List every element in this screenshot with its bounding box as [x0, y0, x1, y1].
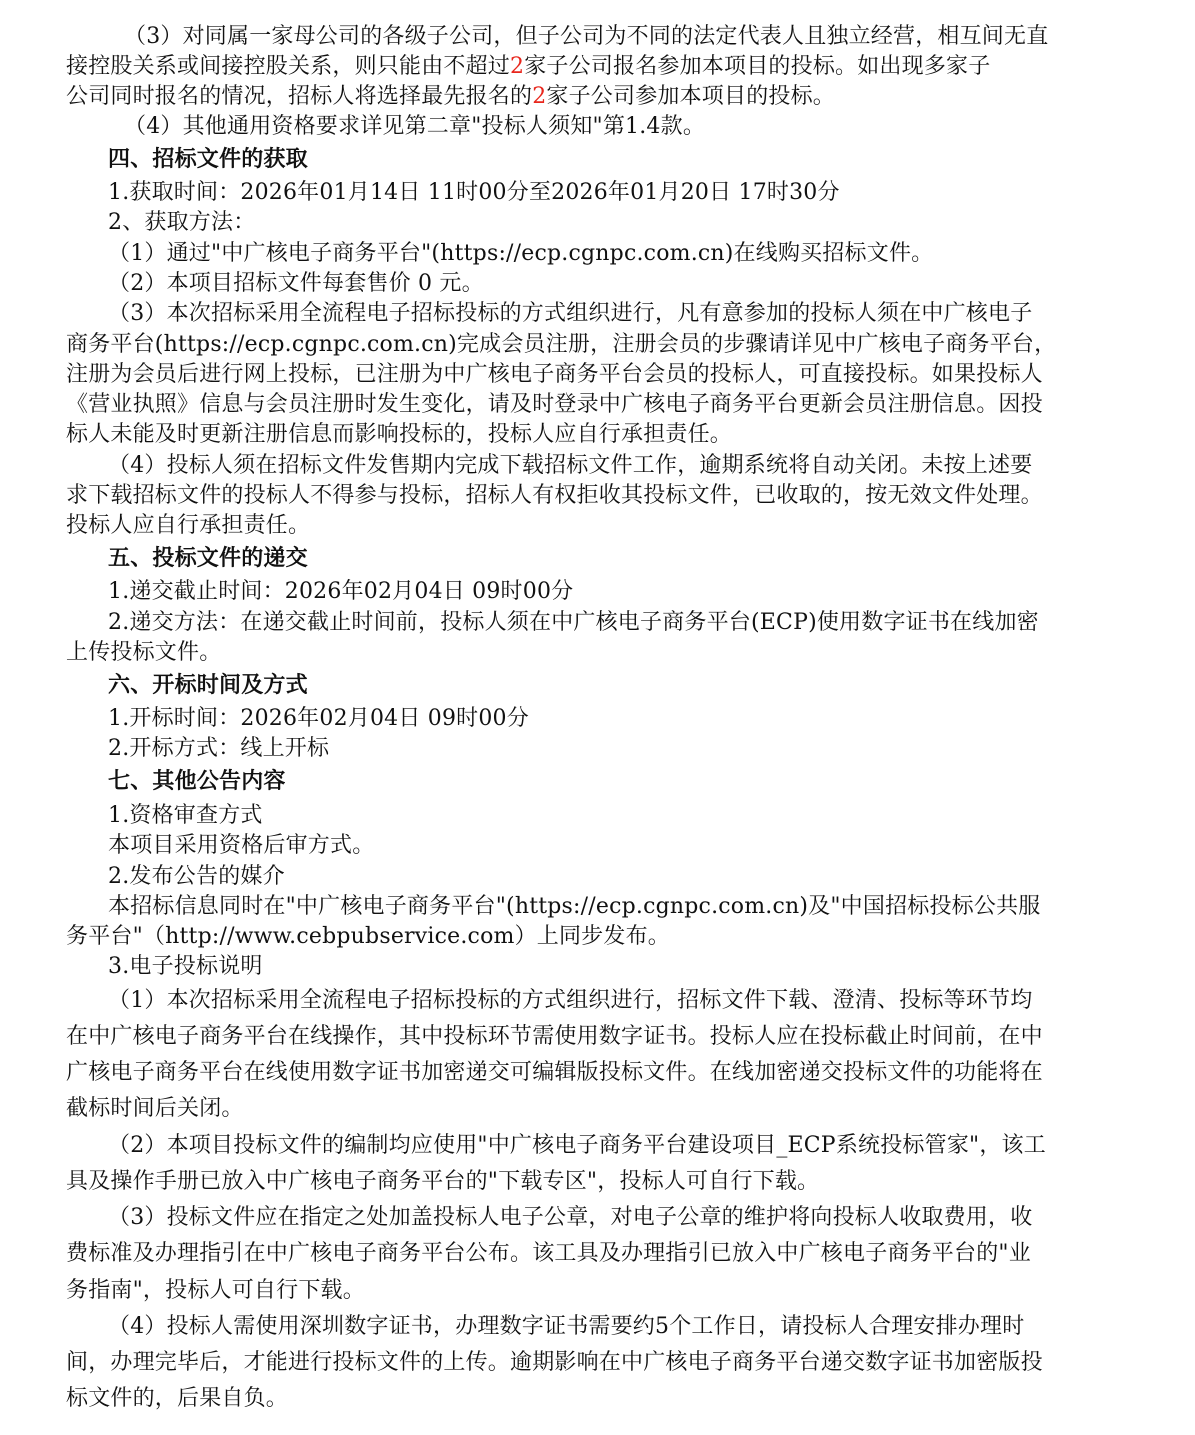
- publication-media-label: 2.发布公告的媒介: [108, 862, 285, 892]
- e-bidding-item-1-line-4: 截标时间后关闭。: [66, 1094, 244, 1124]
- text: 家子公司报名参加本项目的投标。如出现多家子: [524, 54, 990, 79]
- text: 家子公司参加本项目的投标。: [546, 84, 835, 109]
- section-6-heading: 六、开标时间及方式: [108, 671, 308, 701]
- e-bidding-item-3-line-3: 务指南"，投标人可自行下载。: [66, 1276, 365, 1306]
- qualification-item-4: （4）其他通用资格要求详见第二章"投标人须知"第1.4款。: [124, 112, 705, 142]
- text: 接控股关系或间接控股关系，则只能由不超过: [66, 54, 510, 79]
- bid-opening-time: 1.开标时间：2026年02月04日 09时00分: [108, 704, 529, 734]
- bid-opening-method: 2.开标方式：线上开标: [108, 734, 329, 764]
- publication-media-line-1: 本招标信息同时在"中广核电子商务平台"(https://ecp.cgnpc.co…: [108, 892, 1040, 922]
- qualification-item-3-line-3: 公司同时报名的情况，招标人将选择最先报名的2家子公司参加本项目的投标。: [66, 82, 835, 112]
- subsidiary-limit-number: 2: [532, 84, 546, 109]
- submission-method-line-1: 2.递交方法：在递交截止时间前，投标人须在中广核电子商务平台(ECP)使用数字证…: [108, 608, 1039, 638]
- acquisition-item-1: （1）通过"中广核电子商务平台"(https://ecp.cgnpc.com.c…: [108, 239, 933, 269]
- e-bidding-item-2-line-2: 具及操作手册已放入中广核电子商务平台的"下载专区"，投标人可自行下载。: [66, 1167, 819, 1197]
- acquisition-item-4-line-2: 求下载招标文件的投标人不得参与投标，招标人有权拒收其投标文件，已收取的，按无效文…: [66, 481, 1043, 511]
- qualification-item-3-line-2: 接控股关系或间接控股关系，则只能由不超过2家子公司报名参加本项目的投标。如出现多…: [66, 52, 990, 82]
- section-4-heading: 四、招标文件的获取: [108, 145, 308, 175]
- acquisition-method-label: 2、获取方法：: [108, 208, 255, 238]
- e-bidding-label: 3.电子投标说明: [108, 952, 263, 982]
- acquisition-item-4-line-3: 投标人应自行承担责任。: [66, 511, 310, 541]
- section-5-heading: 五、投标文件的递交: [108, 544, 308, 574]
- e-bidding-item-4-line-3: 标文件的，后果自负。: [66, 1384, 288, 1414]
- e-bidding-item-1-line-3: 广核电子商务平台在线使用数字证书加密递交可编辑版投标文件。在线加密递交投标文件的…: [66, 1058, 1043, 1088]
- qualification-review-label: 1.资格审查方式: [108, 801, 263, 831]
- qualification-review-text: 本项目采用资格后审方式。: [108, 831, 374, 861]
- e-bidding-item-3-line-2: 费标准及办理指引在中广核电子商务平台公布。该工具及办理指引已放入中广核电子商务平…: [66, 1239, 1031, 1269]
- qualification-item-3-line-1: （3）对同属一家母公司的各级子公司，但子公司为不同的法定代表人且独立经营，相互间…: [124, 22, 1048, 52]
- acquisition-item-3-line-1: （3）本次招标采用全流程电子招标投标的方式组织进行，凡有意参加的投标人须在中广核…: [108, 299, 1032, 329]
- acquisition-item-2: （2）本项目招标文件每套售价 0 元。: [108, 269, 484, 299]
- acquisition-item-3-line-5: 标人未能及时更新注册信息而影响投标的，投标人应自行承担责任。: [66, 420, 732, 450]
- submission-deadline: 1.递交截止时间：2026年02月04日 09时00分: [108, 577, 573, 607]
- tender-announcement-document: （3）对同属一家母公司的各级子公司，但子公司为不同的法定代表人且独立经营，相互间…: [0, 0, 1195, 1435]
- e-bidding-item-3-line-1: （3）投标文件应在指定之处加盖投标人电子公章，对电子公章的维护将向投标人收取费用…: [108, 1203, 1032, 1233]
- acquisition-item-4-line-1: （4）投标人须在招标文件发售期内完成下载招标文件工作，逾期系统将自动关闭。未按上…: [108, 451, 1032, 481]
- acquisition-item-3-line-4: 《营业执照》信息与会员注册时发生变化，请及时登录中广核电子商务平台更新会员注册信…: [66, 390, 1043, 420]
- e-bidding-item-4-line-2: 间，办理完毕后，才能进行投标文件的上传。逾期影响在中广核电子商务平台递交数字证书…: [66, 1348, 1043, 1378]
- subsidiary-limit-number: 2: [510, 54, 524, 79]
- submission-method-line-2: 上传投标文件。: [66, 638, 221, 668]
- text: 公司同时报名的情况，招标人将选择最先报名的: [66, 84, 532, 109]
- e-bidding-item-1-line-2: 在中广核电子商务平台在线操作，其中投标环节需使用数字证书。投标人应在投标截止时间…: [66, 1022, 1043, 1052]
- acquisition-item-3-line-3: 注册为会员后进行网上投标，已注册为中广核电子商务平台会员的投标人，可直接投标。如…: [66, 360, 1043, 390]
- e-bidding-item-1-line-1: （1）本次招标采用全流程电子招标投标的方式组织进行，招标文件下载、澄清、投标等环…: [108, 986, 1032, 1016]
- acquisition-item-3-line-2: 商务平台(https://ecp.cgnpc.com.cn)完成会员注册，注册会…: [66, 330, 1056, 360]
- acquisition-time: 1.获取时间：2026年01月14日 11时00分至2026年01月20日 17…: [108, 178, 840, 208]
- section-7-heading: 七、其他公告内容: [108, 767, 286, 797]
- e-bidding-item-4-line-1: （4）投标人需使用深圳数字证书，办理数字证书需要约5个工作日，请投标人合理安排办…: [108, 1312, 1024, 1342]
- publication-media-line-2: 务平台"（http://www.cebpubservice.com）上同步发布。: [66, 922, 670, 952]
- e-bidding-item-2-line-1: （2）本项目投标文件的编制均应使用"中广核电子商务平台建设项目_ECP系统投标管…: [108, 1131, 1046, 1161]
